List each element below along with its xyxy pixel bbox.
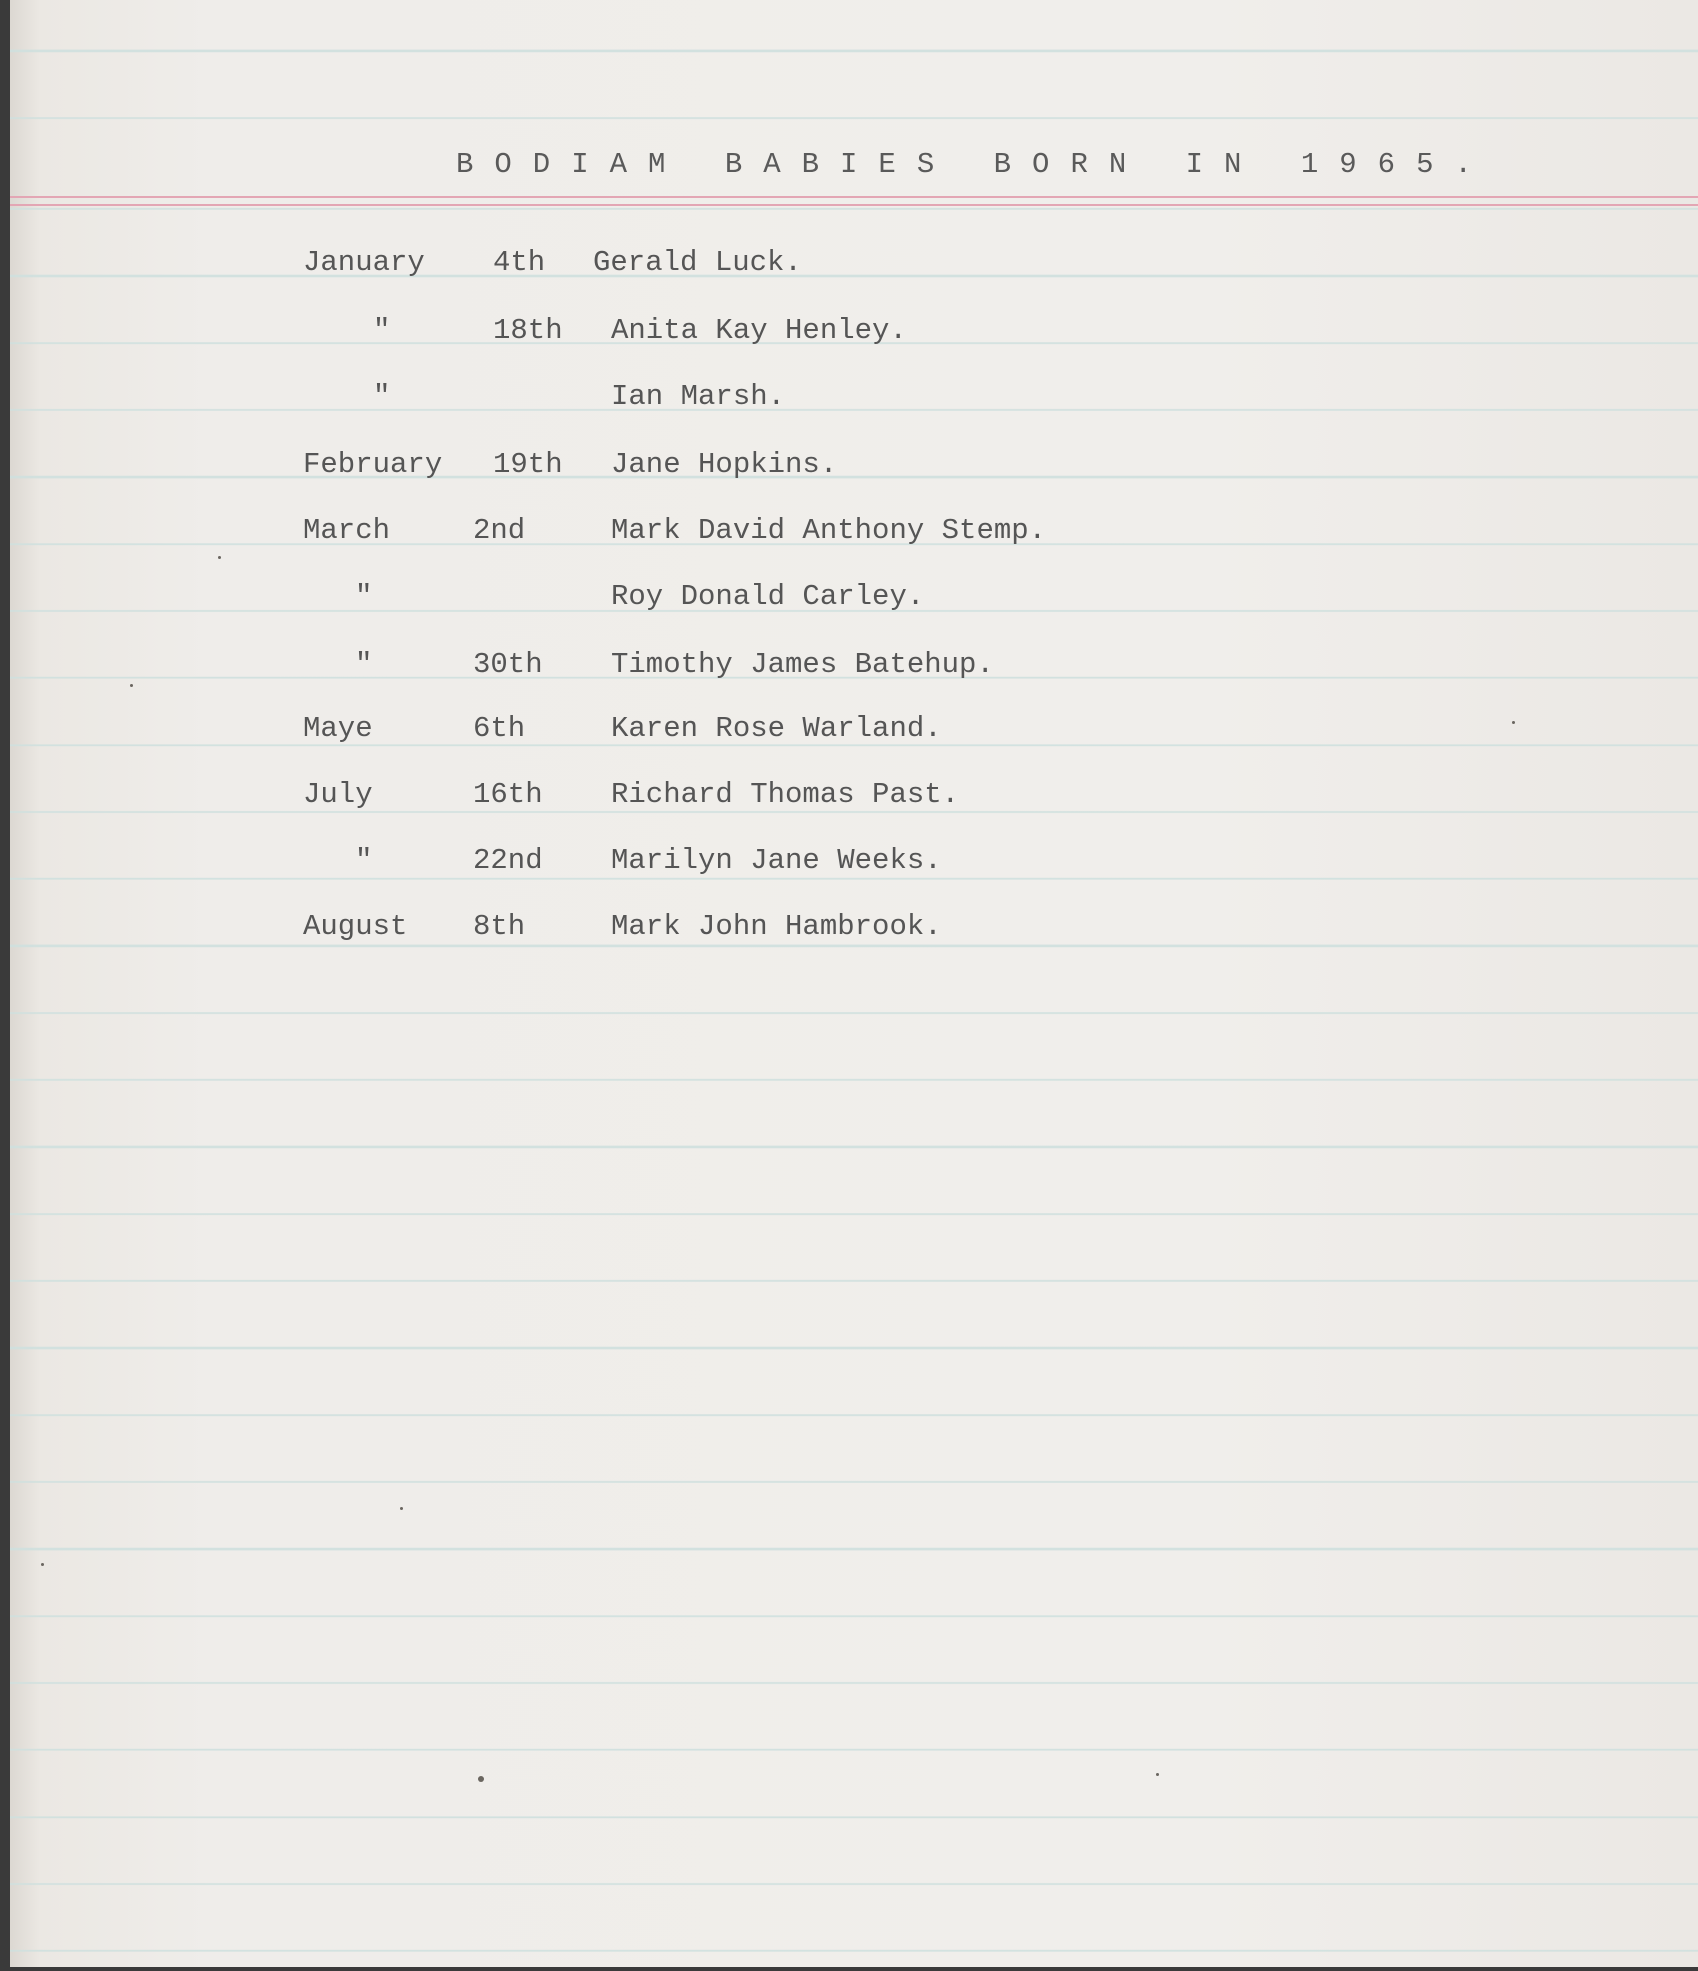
- entry-month: July: [303, 778, 373, 811]
- entry-day: 2nd: [473, 514, 525, 547]
- entry-day: 6th: [473, 712, 525, 745]
- paper-speck: [1156, 1773, 1159, 1776]
- entry-name: Mark David Anthony Stemp.: [611, 514, 1046, 547]
- entry-month: February: [303, 448, 442, 481]
- entry-month: August: [303, 910, 407, 943]
- entry-day: 4th: [493, 246, 545, 279]
- entry-day: 18th: [493, 314, 563, 347]
- entry-name: Richard Thomas Past.: [611, 778, 959, 811]
- paper-speck: [478, 1776, 484, 1782]
- entry-name: Roy Donald Carley.: [611, 580, 924, 613]
- entry-day: 8th: [473, 910, 525, 943]
- entry-name: Mark John Hambrook.: [611, 910, 942, 943]
- entry-month: ": [373, 380, 390, 413]
- page-title: BODIAM BABIES BORN IN 1965.: [456, 148, 1493, 181]
- paper-speck: [400, 1507, 403, 1510]
- entry-day: 19th: [493, 448, 563, 481]
- entry-name: Ian Marsh.: [611, 380, 785, 413]
- entry-month: ": [373, 314, 390, 347]
- entry-month: March: [303, 514, 390, 547]
- entry-month: ": [355, 648, 372, 681]
- entry-month: ": [355, 580, 372, 613]
- entry-day: 30th: [473, 648, 543, 681]
- entry-name: Anita Kay Henley.: [611, 314, 907, 347]
- blue-ruled-lines: [10, 0, 1698, 1967]
- paper-speck: [41, 1563, 44, 1566]
- paper-speck: [130, 684, 133, 687]
- entry-day: 22nd: [473, 844, 543, 877]
- paper-speck: [1512, 721, 1515, 724]
- entry-name: Karen Rose Warland.: [611, 712, 942, 745]
- entry-name: Jane Hopkins.: [611, 448, 837, 481]
- red-margin-rule-lower: [10, 204, 1698, 206]
- red-margin-rule-upper: [10, 196, 1698, 198]
- entry-name: Timothy James Batehup.: [611, 648, 994, 681]
- entry-day: 16th: [473, 778, 543, 811]
- entry-name: Marilyn Jane Weeks.: [611, 844, 942, 877]
- entry-month: ": [355, 844, 372, 877]
- entry-name: Gerald Luck.: [593, 246, 802, 279]
- ledger-page: BODIAM BABIES BORN IN 1965. January4thGe…: [10, 0, 1698, 1967]
- paper-speck: [218, 556, 221, 559]
- entry-month: Maye: [303, 712, 373, 745]
- entry-month: January: [303, 246, 425, 279]
